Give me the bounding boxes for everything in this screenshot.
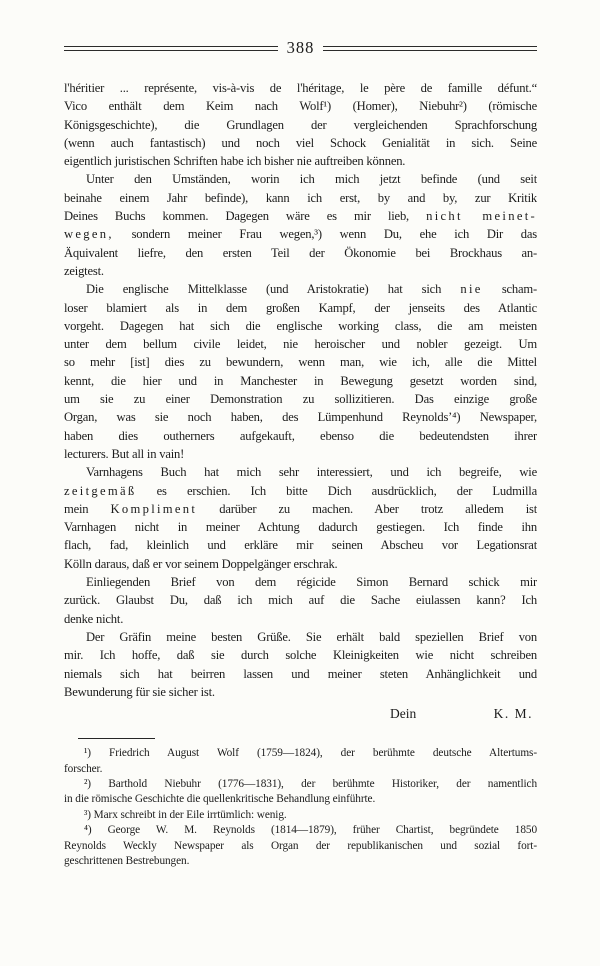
letter-text-line: eigentlich juristischen Schriften habe i…	[64, 152, 537, 170]
letter-text-line: Varnhagen nicht in meiner Achtung dadurc…	[64, 518, 537, 536]
text-segment: loser blamiert als in dem großen Kampf, …	[64, 301, 537, 315]
text-segment: ¹) Friedrich August Wolf (1759—1824), de…	[84, 747, 537, 759]
text-segment: zurück. Glaubst Du, daß ich mich auf die…	[64, 593, 537, 607]
text-segment: mir. Ich hoffe, daß sie durch solche Kle…	[64, 648, 537, 662]
letter-text-line: mir. Ich hoffe, daß sie durch solche Kle…	[64, 646, 537, 664]
text-segment: Reynolds Weckly Newspaper als Organ der …	[64, 840, 537, 852]
text-segment: ²) Barthold Niebuhr (1776—1831), der ber…	[84, 778, 537, 790]
letter-text-line: Äquivalent liefre, den ersten Teil der Ö…	[64, 244, 537, 262]
footnote-text-line: ³) Marx schreibt in der Eile irrtümlich:…	[64, 808, 537, 823]
text-segment: eigentlich juristischen Schriften habe i…	[64, 154, 405, 168]
text-segment: sondern meiner Frau wegen,³) wenn Du, eh…	[114, 227, 537, 241]
text-segment: niemals sich hat beirren lassen und mein…	[64, 667, 537, 681]
letter-text-line: um sie zu einer Demonstration zu sollizi…	[64, 390, 537, 408]
letter-text-line: zeitgemäß es erschien. Ich bitte Dich au…	[64, 482, 537, 500]
letter-text-line: Kölln daraus, daß er vor seinem Doppelgä…	[64, 555, 537, 573]
letter-text-line: Varnhagens Buch hat mich sehr interessie…	[64, 463, 537, 481]
footnote-text-line: ²) Barthold Niebuhr (1776—1831), der ber…	[64, 777, 537, 792]
letter-text-line: Unter den Umständen, worin ich mich jetz…	[64, 170, 537, 188]
footnote-separator	[78, 738, 155, 739]
text-segment: Bewunderung für sie sicher ist.	[64, 685, 215, 699]
letter-text-line: so mehr [ist] dies zu bewundern, wenn ma…	[64, 353, 537, 371]
text-segment: forscher.	[64, 763, 102, 775]
letter-text-line: kennt, die hier und in Manchester in Bew…	[64, 372, 537, 390]
text-segment: in die römische Geschichte die quellenkr…	[64, 793, 375, 805]
letter-text-line: Organ, was sie noch haben, des Lümpenhun…	[64, 408, 537, 426]
emphasized-text: Kompliment	[111, 502, 198, 516]
text-segment: Die englische Mittelklasse (und Aristokr…	[86, 282, 460, 296]
letter-text-line: denke nicht.	[64, 610, 537, 628]
letter-text-line: vorgeht. Dagegen hat sich die englische …	[64, 317, 537, 335]
text-segment: Äquivalent liefre, den ersten Teil der Ö…	[64, 246, 537, 260]
letter-text-line: (wenn auch fantastisch) und noch viel Sc…	[64, 134, 537, 152]
text-segment: darüber zu machen. Aber trotz alledem is…	[197, 502, 537, 516]
text-segment: ³) Marx schreibt in der Eile irrtümlich:…	[84, 809, 287, 821]
letter-text-line: Die englische Mittelklasse (und Aristokr…	[64, 280, 537, 298]
letter-text-line: Vico enthält dem Keim nach Wolf¹) (Homer…	[64, 97, 537, 115]
header-rule-right	[323, 46, 537, 51]
text-segment: Vico enthält dem Keim nach Wolf¹) (Homer…	[64, 99, 537, 113]
letter-text-line: lecturers. But all in vain!	[64, 445, 537, 463]
emphasized-text: zeitgemäß	[64, 484, 136, 498]
emphasized-text: nie	[460, 282, 482, 296]
letter-body: l'héritier ... représente, vis-à-vis de …	[64, 79, 537, 701]
text-segment: es erschien. Ich bitte Dich ausdrücklich…	[136, 484, 537, 498]
letter-text-line: Königsgeschichte), die Grundlagen der ve…	[64, 116, 537, 134]
text-segment: geschrittenen Bestrebungen.	[64, 855, 189, 867]
text-segment: Kölln daraus, daß er vor seinem Doppelgä…	[64, 557, 338, 571]
text-segment: so mehr [ist] dies zu bewundern, wenn ma…	[64, 355, 537, 369]
text-segment: zeigtest.	[64, 264, 104, 278]
text-segment: l'héritier ... représente, vis-à-vis de …	[64, 81, 537, 95]
emphasized-text: wegen,	[64, 227, 114, 241]
header-rule-left	[64, 46, 278, 51]
letter-text-line: haben dies outherners aufgekauft, ebenso…	[64, 427, 537, 445]
text-segment: denke nicht.	[64, 612, 123, 626]
letter-text-line: loser blamiert als in dem großen Kampf, …	[64, 299, 537, 317]
letter-text-line: zurück. Glaubst Du, daß ich mich auf die…	[64, 591, 537, 609]
footnote-text-line: in die römische Geschichte die quellenkr…	[64, 792, 537, 807]
letter-text-line: wegen, sondern meiner Frau wegen,³) wenn…	[64, 225, 537, 243]
page-header: 388	[64, 38, 537, 58]
footnote-text-line: geschrittenen Bestrebungen.	[64, 854, 537, 869]
text-segment: Einliegenden Brief von dem régicide Simo…	[86, 575, 537, 589]
signature-valediction: Dein	[390, 705, 416, 723]
letter-text-line: Bewunderung für sie sicher ist.	[64, 683, 537, 701]
signature-initials: K. M.	[494, 705, 533, 723]
emphasized-text: nicht meinet-	[426, 209, 537, 223]
letter-text-line: Deines Buchs kommen. Dagegen wäre es mir…	[64, 207, 537, 225]
footnote-text-line: forscher.	[64, 762, 537, 777]
text-segment: flach, fad, kleinlich und erkläre mir se…	[64, 538, 537, 552]
text-segment: um sie zu einer Demonstration zu sollizi…	[64, 392, 537, 406]
letter-text-line: beinahe einem Jahr befinde), kann ich er…	[64, 189, 537, 207]
text-segment: Varnhagens Buch hat mich sehr interessie…	[86, 465, 537, 479]
text-segment: Deines Buchs kommen. Dagegen wäre es mir…	[64, 209, 426, 223]
text-segment: scham-	[483, 282, 537, 296]
text-segment: (wenn auch fantastisch) und noch viel Sc…	[64, 136, 537, 150]
letter-text-line: l'héritier ... représente, vis-à-vis de …	[64, 79, 537, 97]
letter-text-line: unter dem bellum civile leidet, nie hero…	[64, 335, 537, 353]
letter-text-line: flach, fad, kleinlich und erkläre mir se…	[64, 536, 537, 554]
footnote-text-line: Reynolds Weckly Newspaper als Organ der …	[64, 839, 537, 854]
letter-text-line: Der Gräfin meine besten Grüße. Sie erhäl…	[64, 628, 537, 646]
letter-text-line: mein Kompliment darüber zu machen. Aber …	[64, 500, 537, 518]
letter-text-line: zeigtest.	[64, 262, 537, 280]
text-segment: kennt, die hier und in Manchester in Bew…	[64, 374, 537, 388]
text-segment: haben dies outherners aufgekauft, ebenso…	[64, 429, 537, 443]
footnote-text-line: ⁴) George W. M. Reynolds (1814—1879), fr…	[64, 823, 537, 838]
text-segment: Varnhagen nicht in meiner Achtung dadurc…	[64, 520, 537, 534]
text-segment: beinahe einem Jahr befinde), kann ich er…	[64, 191, 537, 205]
text-segment: Organ, was sie noch haben, des Lümpenhun…	[64, 410, 537, 424]
letter-text-line: niemals sich hat beirren lassen und mein…	[64, 665, 537, 683]
text-segment: mein	[64, 502, 111, 516]
signature-row: Dein K. M.	[64, 705, 537, 723]
page-number: 388	[278, 38, 324, 58]
letter-text-line: Einliegenden Brief von dem régicide Simo…	[64, 573, 537, 591]
text-segment: unter dem bellum civile leidet, nie hero…	[64, 337, 537, 351]
book-page: 388 l'héritier ... représente, vis-à-vis…	[0, 0, 600, 966]
text-segment: ⁴) George W. M. Reynolds (1814—1879), fr…	[84, 824, 537, 836]
footnote-text-line: ¹) Friedrich August Wolf (1759—1824), de…	[64, 746, 537, 761]
text-segment: Der Gräfin meine besten Grüße. Sie erhäl…	[86, 630, 537, 644]
text-segment: vorgeht. Dagegen hat sich die englische …	[64, 319, 537, 333]
text-segment: lecturers. But all in vain!	[64, 447, 184, 461]
text-segment: Königsgeschichte), die Grundlagen der ve…	[64, 118, 537, 132]
footnotes-list: ¹) Friedrich August Wolf (1759—1824), de…	[64, 746, 537, 869]
text-segment: Unter den Umständen, worin ich mich jetz…	[86, 172, 537, 186]
